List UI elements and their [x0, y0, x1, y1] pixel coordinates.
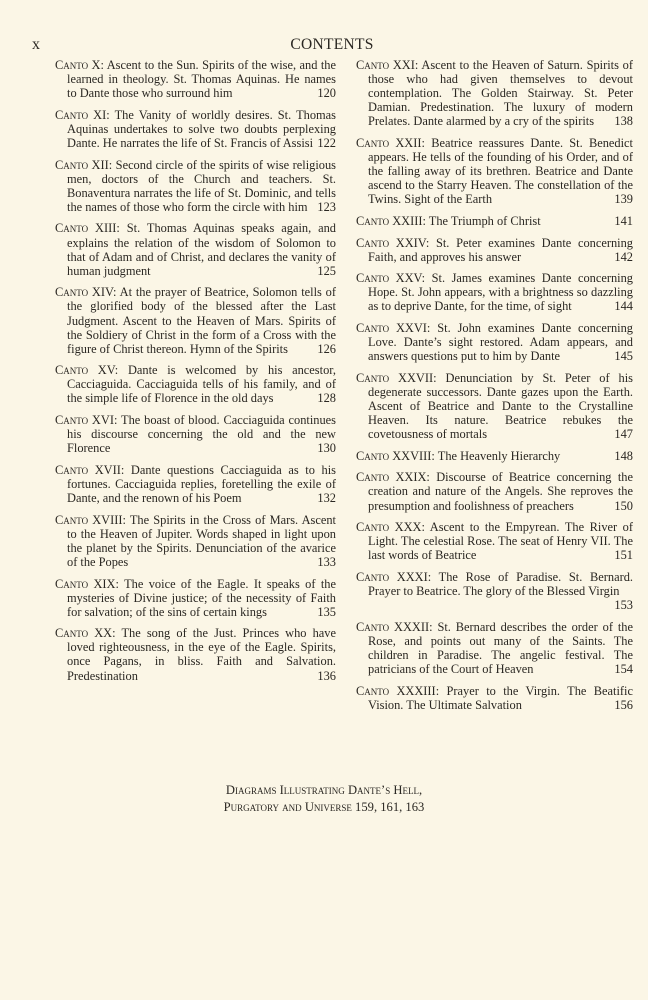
- diagrams-entry-line-1: Diagrams Illustrating Dante’s Hell,: [0, 782, 648, 799]
- toc-entry: Canto XXXI: The Rose of Paradise. St. Be…: [356, 570, 633, 612]
- diagrams-entry-line-2: Purgatory and Universe 159, 161, 163: [0, 799, 648, 816]
- toc-entry: Canto XIV: At the prayer of Beatrice, So…: [55, 285, 336, 355]
- canto-label: Canto XXV:: [356, 271, 425, 285]
- canto-label: Canto XXVII:: [356, 371, 437, 385]
- canto-label: Canto XXI:: [356, 58, 418, 72]
- toc-entry: Canto XXVII: Denunciation by St. Peter o…: [356, 371, 633, 441]
- canto-label: Canto XX:: [55, 626, 116, 640]
- page-reference: 138: [618, 114, 633, 128]
- toc-entry: Canto XXVIII: The Heavenly Hierarchy148: [356, 449, 633, 463]
- toc-entry: Canto XI: The Vanity of worldly desires.…: [55, 108, 336, 150]
- toc-entry: Canto XX: The song of the Just. Princes …: [55, 626, 336, 682]
- page-reference: 144: [618, 299, 633, 313]
- page-reference: 122: [321, 136, 336, 150]
- page-reference: 136: [321, 669, 336, 683]
- canto-label: Canto XXII:: [356, 136, 425, 150]
- page-reference: 135: [321, 605, 336, 619]
- canto-summary: The Heavenly Hierarchy: [438, 449, 560, 463]
- toc-entry: Canto XXXII: St. Bernard describes the o…: [356, 620, 633, 676]
- toc-entry: Canto XVIII: The Spirits in the Cross of…: [55, 513, 336, 569]
- page-reference: 153: [618, 598, 633, 612]
- toc-entry: Canto XXIX: Discourse of Beatrice concer…: [356, 470, 633, 512]
- page-title: CONTENTS: [32, 36, 632, 54]
- canto-label: Canto X:: [55, 58, 104, 72]
- page-header: x CONTENTS: [32, 36, 632, 56]
- canto-label: Canto XI:: [55, 108, 110, 122]
- canto-label: Canto XV:: [55, 363, 118, 377]
- toc-entry: Canto XIII: St. Thomas Aquinas speaks ag…: [55, 221, 336, 277]
- page-reference: 126: [321, 342, 336, 356]
- page-reference: 132: [321, 491, 336, 505]
- page-reference: 154: [618, 662, 633, 676]
- toc-entry: Canto XVII: Dante questions Cacciaguida …: [55, 463, 336, 505]
- canto-label: Canto XIII:: [55, 221, 120, 235]
- page-reference: 139: [618, 192, 633, 206]
- toc-entry: Canto XVI: The boast of blood. Cacciagui…: [55, 413, 336, 455]
- toc-entry: Canto XXV: St. James examines Dante conc…: [356, 271, 633, 313]
- canto-label: Canto XVI:: [55, 413, 117, 427]
- page-reference: 156: [618, 698, 633, 712]
- canto-label: Canto XVII:: [55, 463, 124, 477]
- canto-label: Canto XXIV:: [356, 236, 429, 250]
- canto-label: Canto XXXII:: [356, 620, 433, 634]
- page-reference: 151: [618, 548, 633, 562]
- toc-entry: Canto XXIV: St. Peter examines Dante con…: [356, 236, 633, 264]
- diagrams-entry: Diagrams Illustrating Dante’s Hell, Purg…: [0, 782, 648, 816]
- page-reference: 123: [321, 200, 336, 214]
- canto-label: Canto XXVI:: [356, 321, 430, 335]
- canto-label: Canto XXVIII:: [356, 449, 435, 463]
- page-reference: 141: [618, 214, 633, 228]
- page-reference: 125: [321, 264, 336, 278]
- contents-column-left: Canto X: Ascent to the Sun. Spirits of t…: [55, 58, 336, 690]
- toc-entry: Canto XII: Second circle of the spirits …: [55, 158, 336, 214]
- toc-entry: Canto XXII: Beatrice reassures Dante. St…: [356, 136, 633, 206]
- canto-label: Canto XXX:: [356, 520, 425, 534]
- toc-entry: Canto XXXIII: Prayer to the Virgin. The …: [356, 684, 633, 712]
- canto-label: Canto XXIII:: [356, 214, 426, 228]
- canto-summary: Ascent to the Sun. Spirits of the wise, …: [67, 58, 336, 100]
- page-reference: 145: [618, 349, 633, 363]
- canto-label: Canto XII:: [55, 158, 112, 172]
- contents-column-right: Canto XXI: Ascent to the Heaven of Satur…: [356, 58, 633, 719]
- toc-entry: Canto XV: Dante is welcomed by his ances…: [55, 363, 336, 405]
- page-reference: 150: [618, 499, 633, 513]
- canto-label: Canto XXIX:: [356, 470, 430, 484]
- toc-entry: Canto XIX: The voice of the Eagle. It sp…: [55, 577, 336, 619]
- page-reference: 148: [618, 449, 633, 463]
- canto-label: Canto XIV:: [55, 285, 116, 299]
- toc-entry: Canto XXVI: St. John examines Dante conc…: [356, 321, 633, 363]
- page-reference: 147: [618, 427, 633, 441]
- canto-summary: The Triumph of Christ: [429, 214, 541, 228]
- toc-entry: Canto X: Ascent to the Sun. Spirits of t…: [55, 58, 336, 100]
- toc-entry: Canto XXI: Ascent to the Heaven of Satur…: [356, 58, 633, 128]
- canto-label: Canto XXXIII:: [356, 684, 439, 698]
- page-reference: 128: [321, 391, 336, 405]
- page-reference: 120: [321, 86, 336, 100]
- page-reference: 133: [321, 555, 336, 569]
- canto-label: Canto XXXI:: [356, 570, 431, 584]
- toc-entry: Canto XXX: Ascent to the Empyrean. The R…: [356, 520, 633, 562]
- page-reference: 142: [618, 250, 633, 264]
- canto-label: Canto XVIII:: [55, 513, 126, 527]
- canto-label: Canto XIX:: [55, 577, 119, 591]
- toc-entry: Canto XXIII: The Triumph of Christ141: [356, 214, 633, 228]
- page-reference: 130: [321, 441, 336, 455]
